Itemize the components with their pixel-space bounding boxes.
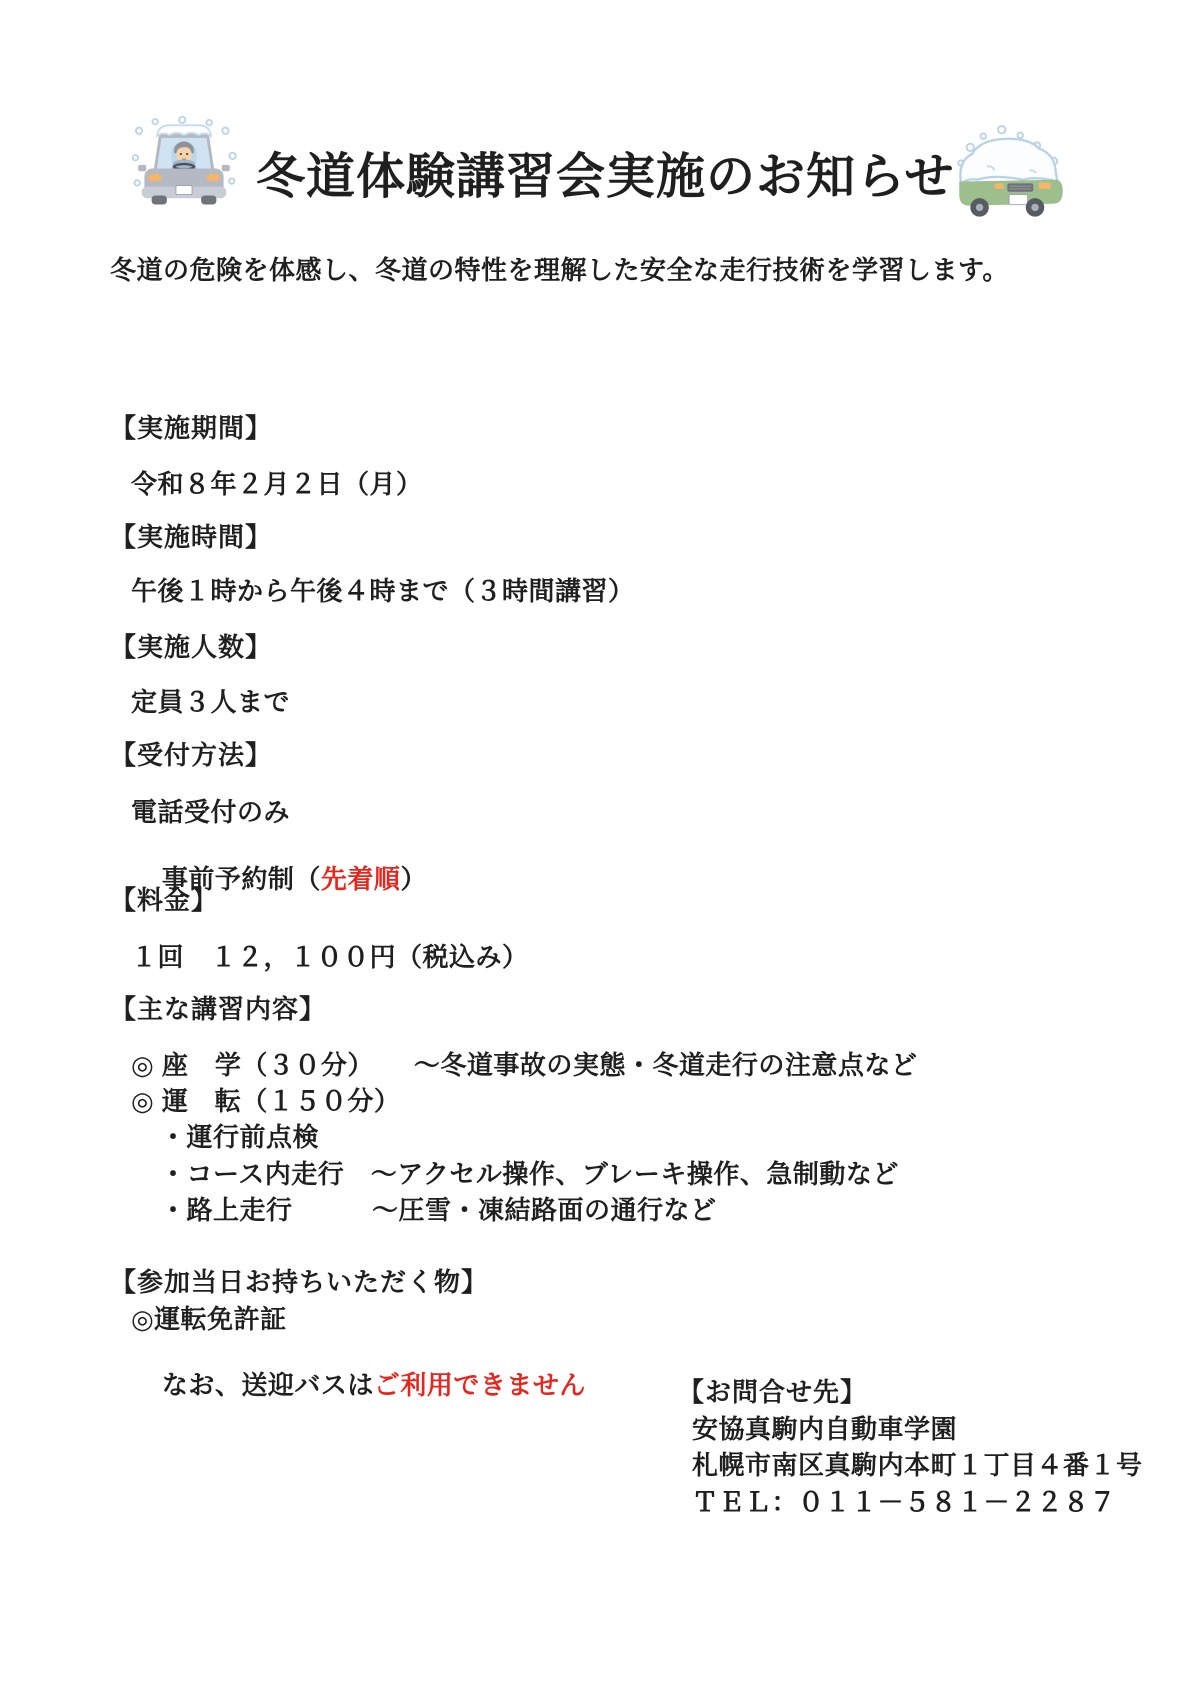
page-title: 冬道体験講習会実施のお知らせ <box>256 149 955 205</box>
line-lecture: ◎ 座 学（３０分） ～冬道事故の実態・冬道走行の注意点など <box>131 1051 917 1081</box>
line-driving: ◎ 運 転（１５０分） <box>131 1087 400 1117</box>
section-heading-period: 【実施期間】 <box>110 414 272 444</box>
line-date: 令和８年２月２日（月） <box>131 470 423 500</box>
contact-address: 札幌市南区真駒内本町１丁目４番１号 <box>692 1451 1143 1481</box>
section-heading-reception: 【受付方法】 <box>110 741 272 771</box>
line-course-driving: ・コース内走行 ～アクセル操作、ブレーキ操作、急制動など <box>160 1160 899 1190</box>
line-shuttle-bus-note: なお、送迎バスはご利用できません <box>131 1341 586 1431</box>
section-heading-contents: 【主な講習内容】 <box>110 995 326 1025</box>
flyer-page: 冬道体験講習会実施のお知らせ 冬道の危険を体感し、冬道の特性を理解した安全な走行… <box>0 0 1200 1700</box>
not-available-red-text: ご利用できません <box>374 1370 586 1400</box>
section-heading-fee: 【料金】 <box>110 886 218 916</box>
shuttle-bus-text: なお、送迎バスは <box>162 1370 374 1400</box>
page-subtitle: 冬道の危険を体感し、冬道の特性を理解した安全な走行技術を学習します。 <box>110 256 1009 286</box>
snowy-driver-car-illustration <box>130 115 238 231</box>
line-time: 午後１時から午後４時まで（３時間講習） <box>131 577 635 607</box>
contact-school-name: 安協真駒内自動車学園 <box>692 1415 957 1445</box>
section-heading-items: 【参加当日お持ちいただく物】 <box>110 1268 488 1298</box>
contact-heading: 【お問合せ先】 <box>678 1378 867 1408</box>
first-come-first-served-red-text: 先着順 <box>321 864 401 894</box>
line-pre-drive-check: ・運行前点検 <box>160 1123 319 1153</box>
line-drivers-license: ◎運転免許証 <box>131 1305 287 1335</box>
section-heading-time: 【実施時間】 <box>110 523 272 553</box>
snow-covered-car-illustration <box>950 124 1072 228</box>
line-fee: １回 １２，１００円（税込み） <box>131 943 529 973</box>
section-heading-capacity: 【実施人数】 <box>110 633 272 663</box>
contact-tel: ＴＥＬ：０１１－５８１－２２８７ <box>692 1488 1116 1518</box>
line-road-driving: ・路上走行 ～圧雪・凍結路面の通行など <box>160 1196 717 1226</box>
line-phone-reception: 電話受付のみ <box>131 798 290 828</box>
line-capacity: 定員３人まで <box>131 688 290 718</box>
reservation-text-close: ） <box>400 864 427 894</box>
